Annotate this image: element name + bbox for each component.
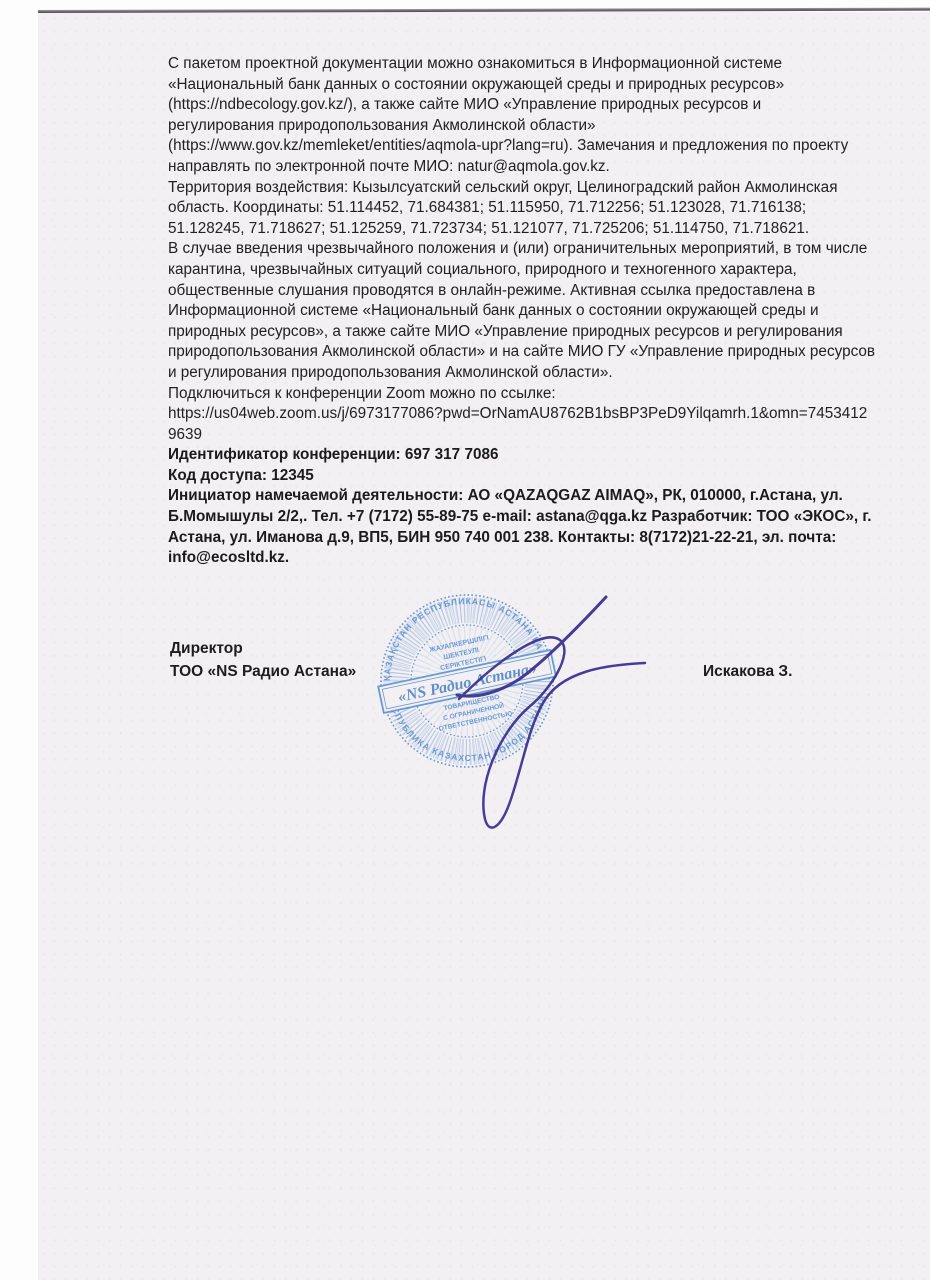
document-line: природопользования Акмолинской области» … — [168, 342, 908, 363]
document-line: (https://www.gov.kz/memleket/entities/aq… — [168, 136, 908, 157]
handwritten-signature — [395, 575, 675, 855]
document-line: Территория воздействия: Кызылсуатский се… — [168, 178, 908, 199]
document-line: область. Координаты: 51.114452, 71.68438… — [168, 198, 908, 219]
document-line: «Национальный банк данных о состоянии ок… — [168, 75, 908, 96]
paragraph: Территория воздействия: Кызылсуатский се… — [168, 178, 908, 240]
conference-id-line: Идентификатор конференции: 697 317 7086 — [168, 445, 908, 466]
document-line: Астана, ул. Иманова д.9, ВП5, БИН 950 74… — [168, 528, 908, 549]
document-line: карантина, чрезвычайных ситуаций социаль… — [168, 260, 908, 281]
zoom-url-line: 9639 — [168, 425, 908, 446]
document-line: Инициатор намечаемой деятельности: АО «Q… — [168, 486, 908, 507]
zoom-url-line: https://us04web.zoom.us/j/6973177086?pwd… — [168, 404, 908, 425]
document-line: В случае введения чрезвычайного положени… — [168, 239, 908, 260]
signoff-org: ТОО «NS Радио Астана» — [170, 660, 356, 683]
signoff-title: Директор — [170, 637, 356, 660]
signature-graphic — [395, 575, 675, 855]
access-code-line: Код доступа: 12345 — [168, 466, 908, 487]
document-line: С пакетом проектной документации можно о… — [168, 54, 908, 75]
document-line: природных ресурсов», а также сайте МИО «… — [168, 322, 908, 343]
document-body-text: С пакетом проектной документации можно о… — [168, 54, 908, 569]
paragraph-zoom-link: Подключиться к конференции Zoom можно по… — [168, 384, 908, 446]
document-line: и регулирования природопользования Акмол… — [168, 363, 908, 384]
document-line: Б.Момышулы 2/2,. Тел. +7 (7172) 55-89-75… — [168, 507, 908, 528]
document-line: Информационной системе «Национальный бан… — [168, 301, 908, 322]
signoff-title-block: Директор ТОО «NS Радио Астана» — [170, 637, 356, 683]
paragraph: В случае введения чрезвычайного положени… — [168, 239, 908, 383]
document-line: регулирования природопользования Акмолин… — [168, 116, 908, 137]
document-line: info@ecosltd.kz. — [168, 548, 908, 569]
document-line: 51.128245, 71.718627; 51.125259, 71.7237… — [168, 219, 908, 240]
paragraph-initiator-contacts: Инициатор намечаемой деятельности: АО «Q… — [168, 486, 908, 568]
document-line: (https://ndbecology.gov.kz/), а также са… — [168, 95, 908, 116]
paragraph-conference-details: Идентификатор конференции: 697 317 7086 … — [168, 445, 908, 486]
paragraph: С пакетом проектной документации можно о… — [168, 54, 908, 178]
document-line: общественные слушания проводятся в онлай… — [168, 281, 908, 302]
scanned-document-page: С пакетом проектной документации можно о… — [0, 0, 930, 1280]
document-line: Подключиться к конференции Zoom можно по… — [168, 384, 908, 405]
document-line: направлять по электронной почте МИО: nat… — [168, 157, 908, 178]
signer-name: Искакова З. — [703, 663, 792, 681]
